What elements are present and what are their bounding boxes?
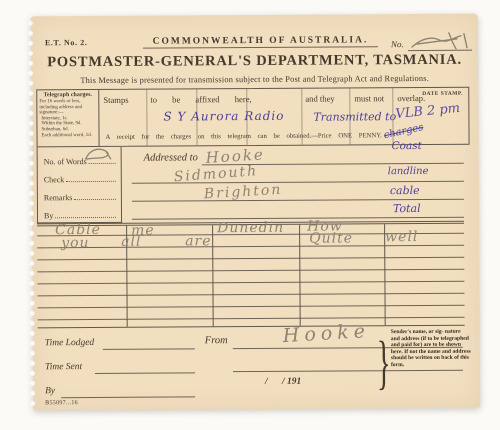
dotted-leader: [74, 191, 116, 200]
charges-body: For 16 words or less, including address …: [39, 99, 96, 116]
stamps-word: Stamps: [103, 95, 128, 105]
sender-note: Sender's name, or sig- nature and addres…: [391, 329, 471, 369]
from-label: From: [205, 335, 228, 346]
by-label: By: [44, 211, 53, 220]
telegram-form: E.T. No. 2. COMMONWEALTH OF AUSTRALIA. N…: [31, 14, 480, 411]
message-word: all: [121, 234, 141, 250]
message-grid: Cable me Dunedin How you all are Quite w…: [37, 221, 465, 329]
grid-column-rule: [299, 225, 301, 326]
by-row: By: [44, 209, 116, 220]
by-line: [61, 396, 195, 398]
charges-title: Telegraph charges.: [39, 92, 96, 98]
grid-rule: [37, 257, 464, 261]
time-lodged-line: [103, 348, 195, 350]
message-word: well: [385, 229, 418, 245]
address-line: [132, 217, 464, 220]
handwritten-total: Total: [393, 202, 421, 215]
time-sent-label: Time Sent: [45, 362, 82, 372]
from-line-2: [233, 370, 463, 372]
pencil-wordcount-scribble: [84, 146, 114, 162]
message-word: you: [61, 235, 89, 251]
message-word: Dunedin: [217, 220, 284, 236]
print-code: B55097...16: [45, 400, 78, 406]
remarks-label: Remarks: [44, 193, 72, 202]
telegraph-charges-box: Telegraph charges. For 16 words or less,…: [37, 90, 99, 146]
form-code: E.T. No. 2.: [45, 38, 88, 47]
dotted-leader: [66, 173, 116, 182]
check-row: Check: [44, 173, 116, 184]
stamps-word: and they: [305, 94, 334, 104]
stamps-word: overlap.: [397, 93, 425, 103]
handwritten-transmitted: Transmitted to: [313, 110, 396, 124]
handwritten-coast: Coast: [392, 140, 422, 152]
message-word: Quite: [309, 230, 353, 246]
check-label: Check: [44, 175, 64, 184]
message-word: are: [185, 233, 211, 249]
pencil-number-scribble: [409, 30, 473, 52]
dotted-leader: [55, 209, 116, 218]
handwritten-landline: landline: [388, 166, 429, 177]
date-stamp-label: DATE STAMP.: [422, 91, 463, 97]
time-sent-line: [95, 372, 195, 374]
grid-rule: [37, 281, 464, 285]
sender-note-brace: }: [377, 329, 391, 398]
department-header: POSTMASTER-GENERAL'S DEPARTMENT, TASMANI…: [31, 52, 478, 72]
grid-column-rule: [212, 225, 214, 326]
grid-rule: [38, 305, 465, 309]
grid-rule: [37, 269, 464, 273]
stamps-word: must not: [354, 93, 384, 103]
grid-rule: [37, 245, 464, 249]
country-header: COMMONWEALTH OF AUSTRALIA.: [143, 35, 378, 48]
charges-rate: Each additional word, 1d.: [40, 133, 97, 139]
time-lodged-label: Time Lodged: [45, 338, 94, 348]
handwritten-station: VLB 2 pm: [395, 101, 461, 122]
conditions-line: This Message is presented for transmissi…: [31, 74, 478, 86]
stamps-word: to be affixed here,: [150, 94, 298, 105]
no-label: No.: [391, 39, 404, 49]
addressed-to-label: Addressed to: [144, 152, 198, 163]
footer-by-label: By: [45, 386, 55, 396]
scan-background: { "form": { "form_code": "E.T. No. 2.", …: [0, 0, 500, 430]
remarks-row: Remarks: [44, 191, 116, 202]
grid-rule: [38, 293, 465, 297]
handwritten-ship-name: S Y Aurora Radio: [163, 109, 284, 124]
handwritten-from-signature: Hooke: [282, 320, 370, 347]
stamps-section: Telegraph charges. For 16 words or less,…: [36, 87, 469, 148]
handwritten-cable: cable: [390, 184, 420, 197]
date-line: / / 191: [265, 377, 301, 387]
no-of-words-label: No. of Words: [44, 157, 87, 166]
grid-rule: [38, 317, 465, 321]
